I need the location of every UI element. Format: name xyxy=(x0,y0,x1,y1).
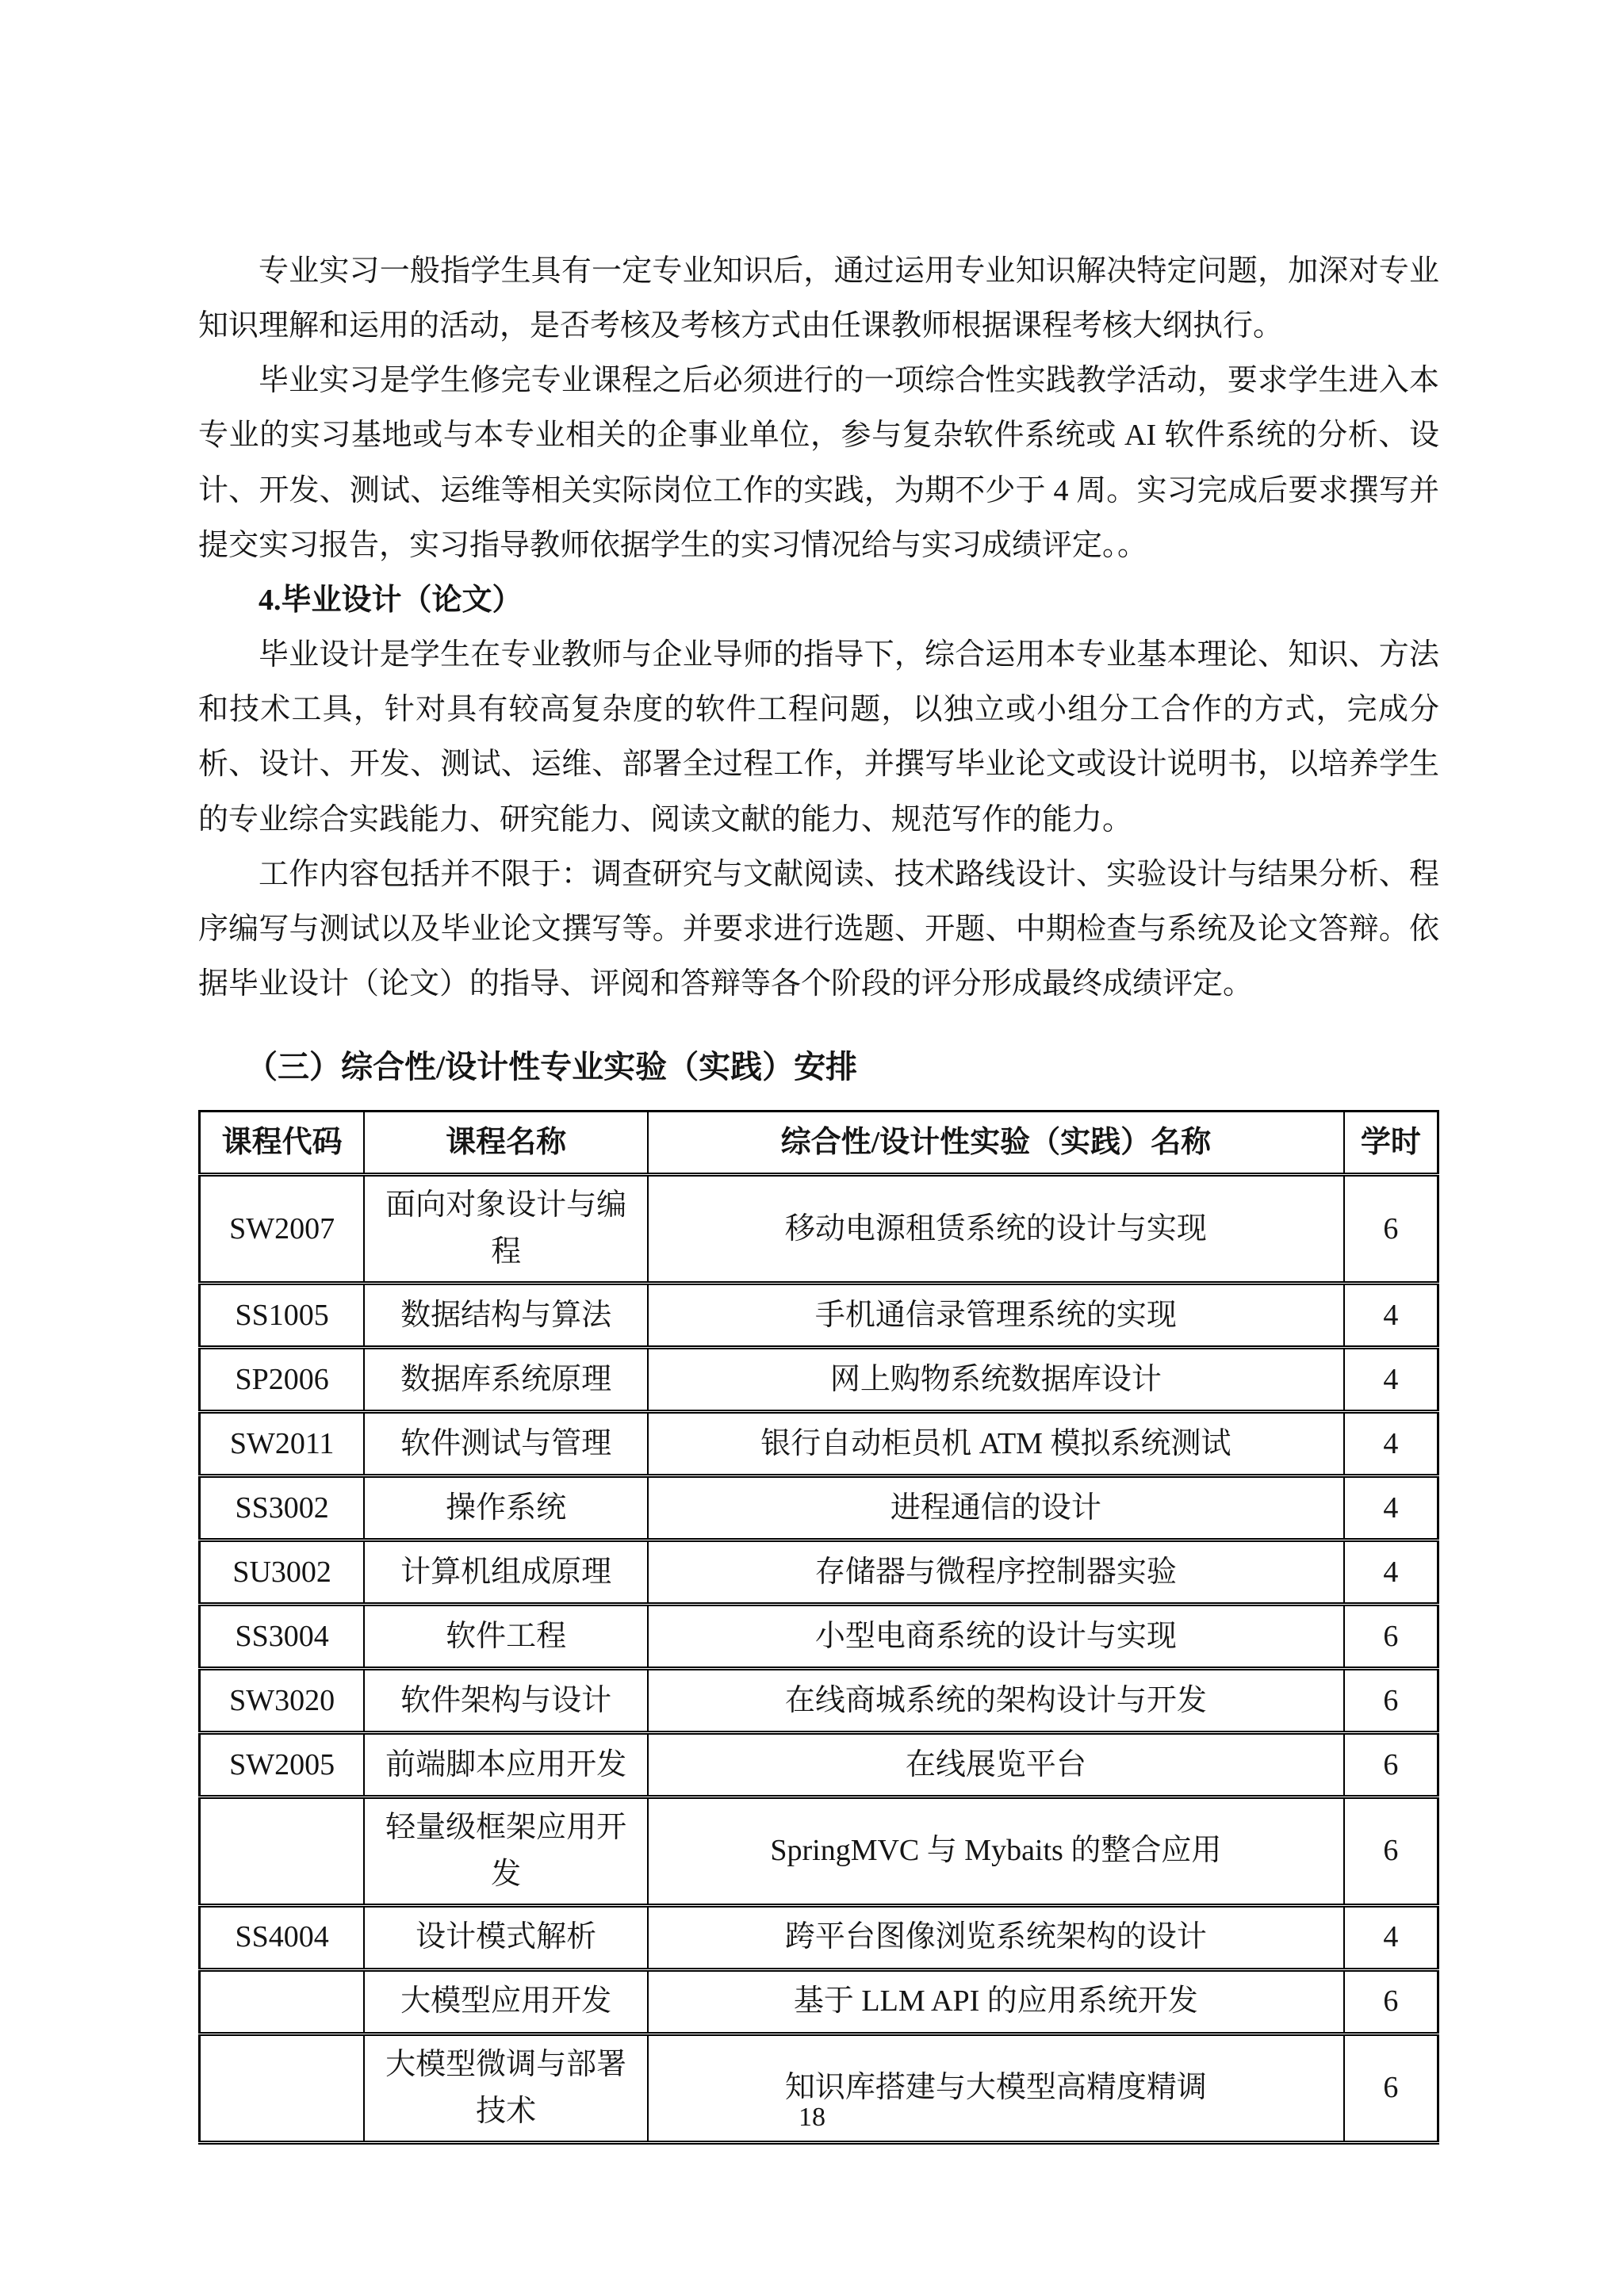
body-text-block: 专业实习一般指学生具有一定专业知识后，通过运用专业知识解决特定问题，加深对专业知… xyxy=(198,244,1439,1012)
table-row: SW2005 前端脚本应用开发 在线展览平台 6 xyxy=(200,1732,1438,1797)
header-experiment-name: 综合性/设计性实验（实践）名称 xyxy=(648,1112,1344,1175)
experiment-name-cell: 小型电商系统的设计与实现 xyxy=(648,1604,1344,1668)
hours-cell: 6 xyxy=(1344,1668,1438,1732)
header-course-code: 课程代码 xyxy=(200,1112,365,1175)
section-heading: （三）综合性/设计性专业实验（实践）安排 xyxy=(198,1039,1439,1096)
course-code-cell: SS3002 xyxy=(200,1475,365,1540)
course-name-cell: 设计模式解析 xyxy=(364,1905,648,1969)
experiment-name-cell: 基于 LLM API 的应用系统开发 xyxy=(648,1969,1344,2034)
experiment-name-cell: 进程通信的设计 xyxy=(648,1475,1344,1540)
paragraph: 毕业实习是学生修完专业课程之后必须进行的一项综合性实践教学活动，要求学生进入本专… xyxy=(198,354,1439,573)
table-row: SP2006 数据库系统原理 网上购物系统数据库设计 4 xyxy=(200,1347,1438,1411)
table-row: SW2011 软件测试与管理 银行自动柜员机 ATM 模拟系统测试 4 xyxy=(200,1411,1438,1475)
table-row: SS3002 操作系统 进程通信的设计 4 xyxy=(200,1475,1438,1540)
table-row: 大模型应用开发 基于 LLM API 的应用系统开发 6 xyxy=(200,1969,1438,2034)
course-code-cell: SS3004 xyxy=(200,1604,365,1668)
table-row: SW3020 软件架构与设计 在线商城系统的架构设计与开发 6 xyxy=(200,1668,1438,1732)
hours-cell: 4 xyxy=(1344,1475,1438,1540)
table-row: SS1005 数据结构与算法 手机通信录管理系统的实现 4 xyxy=(200,1283,1438,1347)
experiment-name-cell: SpringMVC 与 Mybaits 的整合应用 xyxy=(648,1797,1344,1905)
hours-cell: 4 xyxy=(1344,1905,1438,1969)
hours-cell: 6 xyxy=(1344,1604,1438,1668)
course-name-cell: 软件架构与设计 xyxy=(364,1668,648,1732)
hours-cell: 4 xyxy=(1344,1540,1438,1604)
course-code-cell: SS4004 xyxy=(200,1905,365,1969)
experiment-name-cell: 在线商城系统的架构设计与开发 xyxy=(648,1668,1344,1732)
course-code-cell: SW2011 xyxy=(200,1411,365,1475)
experiment-name-cell: 在线展览平台 xyxy=(648,1732,1344,1797)
header-course-name: 课程名称 xyxy=(364,1112,648,1175)
experiment-name-cell: 银行自动柜员机 ATM 模拟系统测试 xyxy=(648,1411,1344,1475)
table-row: SS3004 软件工程 小型电商系统的设计与实现 6 xyxy=(200,1604,1438,1668)
table-header-row: 课程代码 课程名称 综合性/设计性实验（实践）名称 学时 xyxy=(200,1112,1438,1175)
table-row: 轻量级框架应用开发 SpringMVC 与 Mybaits 的整合应用 6 xyxy=(200,1797,1438,1905)
experiment-name-cell: 跨平台图像浏览系统架构的设计 xyxy=(648,1905,1344,1969)
thesis-heading: 4.毕业设计（论文） xyxy=(198,573,1439,628)
paragraph: 毕业设计是学生在专业教师与企业导师的指导下，综合运用本专业基本理论、知识、方法和… xyxy=(198,628,1439,848)
course-code-cell xyxy=(200,1797,365,1905)
header-hours: 学时 xyxy=(1344,1112,1438,1175)
experiment-name-cell: 网上购物系统数据库设计 xyxy=(648,1347,1344,1411)
course-code-cell xyxy=(200,1969,365,2034)
hours-cell: 6 xyxy=(1344,1969,1438,2034)
experiment-name-cell: 移动电源租赁系统的设计与实现 xyxy=(648,1175,1344,1284)
course-code-cell: SW2007 xyxy=(200,1175,365,1284)
course-name-cell: 数据结构与算法 xyxy=(364,1283,648,1347)
course-name-cell: 计算机组成原理 xyxy=(364,1540,648,1604)
hours-cell: 4 xyxy=(1344,1283,1438,1347)
table-row: SS4004 设计模式解析 跨平台图像浏览系统架构的设计 4 xyxy=(200,1905,1438,1969)
course-name-cell: 操作系统 xyxy=(364,1475,648,1540)
course-name-cell: 轻量级框架应用开发 xyxy=(364,1797,648,1905)
course-code-cell: SW2005 xyxy=(200,1732,365,1797)
hours-cell: 4 xyxy=(1344,1411,1438,1475)
document-page: 专业实习一般指学生具有一定专业知识后，通过运用专业知识解决特定问题，加深对专业知… xyxy=(0,0,1624,2296)
paragraph: 专业实习一般指学生具有一定专业知识后，通过运用专业知识解决特定问题，加深对专业知… xyxy=(198,244,1439,354)
course-code-cell: SP2006 xyxy=(200,1347,365,1411)
course-code-cell: SU3002 xyxy=(200,1540,365,1604)
hours-cell: 6 xyxy=(1344,1797,1438,1905)
course-name-cell: 前端脚本应用开发 xyxy=(364,1732,648,1797)
hours-cell: 6 xyxy=(1344,1732,1438,1797)
course-name-cell: 面向对象设计与编程 xyxy=(364,1175,648,1284)
course-name-cell: 软件工程 xyxy=(364,1604,648,1668)
page-number: 18 xyxy=(0,2103,1624,2133)
table-row: SW2007 面向对象设计与编程 移动电源租赁系统的设计与实现 6 xyxy=(200,1175,1438,1284)
paragraph: 工作内容包括并不限于：调查研究与文献阅读、技术路线设计、实验设计与结果分析、程序… xyxy=(198,848,1439,1012)
course-code-cell: SW3020 xyxy=(200,1668,365,1732)
experiment-name-cell: 存储器与微程序控制器实验 xyxy=(648,1540,1344,1604)
hours-cell: 4 xyxy=(1344,1347,1438,1411)
course-name-cell: 大模型应用开发 xyxy=(364,1969,648,2034)
course-name-cell: 数据库系统原理 xyxy=(364,1347,648,1411)
course-name-cell: 软件测试与管理 xyxy=(364,1411,648,1475)
table-row: SU3002 计算机组成原理 存储器与微程序控制器实验 4 xyxy=(200,1540,1438,1604)
course-code-cell: SS1005 xyxy=(200,1283,365,1347)
hours-cell: 6 xyxy=(1344,1175,1438,1284)
experiments-table: 课程代码 课程名称 综合性/设计性实验（实践）名称 学时 SW2007 面向对象… xyxy=(198,1110,1439,2144)
experiment-name-cell: 手机通信录管理系统的实现 xyxy=(648,1283,1344,1347)
